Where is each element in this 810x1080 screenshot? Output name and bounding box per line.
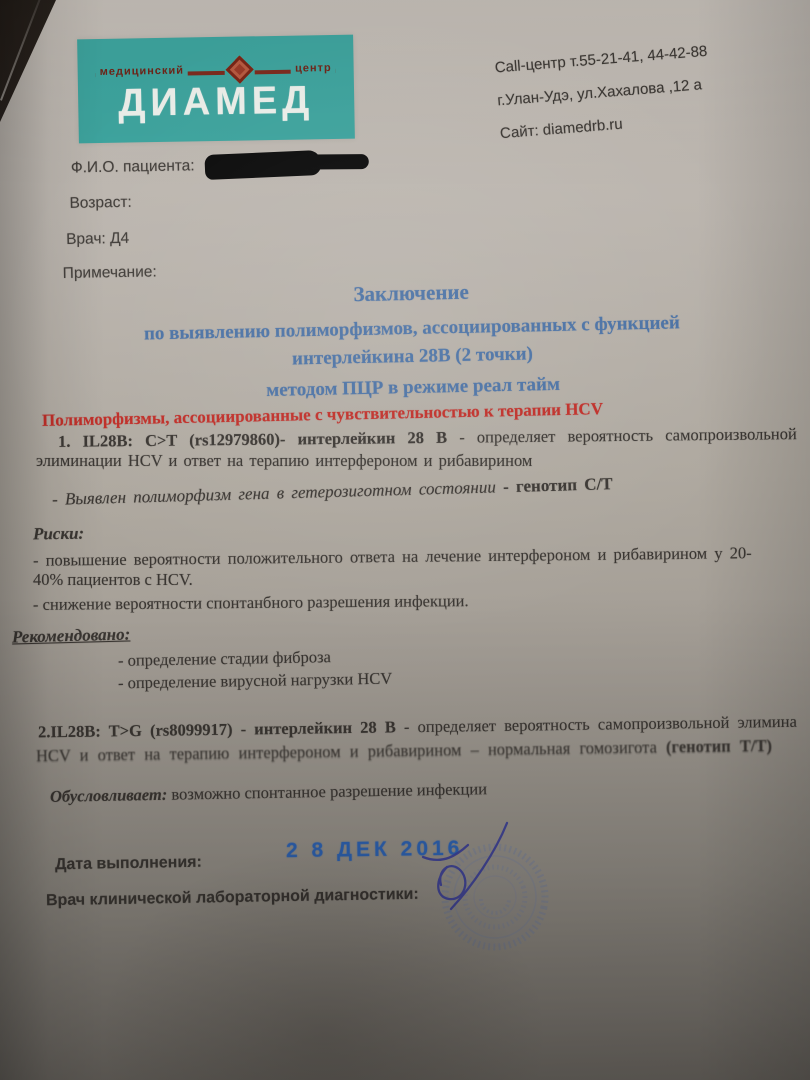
logo-brand-text: ДИАМЕД [78,78,355,127]
round-stamp-and-signature [395,805,655,1025]
redaction-bar [204,150,321,180]
title-line4: методом ПЦР в режиме реал тайм [48,369,778,406]
doctor-signature-label: Врач клинической лабораторной диагностик… [46,886,419,911]
patient-fio-line: Ф.И.О. пациента: [71,151,321,180]
item1-gene-bold: 1. IL28B: C>T (rs12979860)- интерлейкин … [58,428,447,451]
risks-bullet2: - снижение вероятности спонтанбного разр… [33,590,469,616]
causes-text: возможно спонтанное разрешение инфекции [167,779,487,804]
item1-line1-rest: - определяет вероятность самопроизвольно… [447,424,797,447]
patient-note-label: Примечание: [63,263,157,283]
risks-bullet1-line2: 40% пациентов с HCV. [33,569,193,591]
finding-genotype: генотип С/Т [516,474,613,496]
document-photo: медицинский центр ДИАМЕД Call-центр т.55… [0,0,810,1080]
item2-gene-bold: 2.IL28B: T>G (rs8099917) - интерлейкин 2… [38,717,396,741]
paper-sheet: медицинский центр ДИАМЕД Call-центр т.55… [0,0,810,1080]
recommended-bullet1: - определение стадии фиброза [118,646,331,672]
risks-label: Риски: [33,523,84,546]
recommended-label: Рекомендовано: [12,623,131,648]
diamond-icon-wrap [224,59,254,80]
causes-label: Обусловливает: [50,785,168,806]
item2-line1-rest: - определяет вероятность самопроизвольно… [396,712,797,737]
item2-genotype: (генотип Т/Т) [666,736,772,756]
finding-separator: - [496,477,517,497]
finding-italic-text: - Выявлен полиморфизм гена в гетерозигот… [52,477,496,508]
risks-bullet1-line1: - повышение вероятности положительного о… [33,542,752,572]
patient-info-block: Ф.И.О. пациента: Возраст: Врач: Д4 Приме… [0,0,810,7]
patient-age-label: Возраст: [69,194,132,213]
patient-doctor-label: Врач: Д4 [66,230,129,249]
recommended-bullet2: - определение вирусной нагрузки HCV [118,668,393,695]
item1-finding-line: - Выявлен полиморфизм гена в гетерозигот… [52,473,613,511]
clinic-contacts: Call-центр т.55-21-41, 44-42-88 г.Улан-У… [494,29,791,150]
logo-tagline-left: медицинский [96,64,189,78]
item1-line2: элиминации HCV и ответ на терапию интерф… [36,450,532,472]
date-label: Дата выполнения: [55,854,202,875]
clinic-logo: медицинский центр ДИАМЕД [77,35,355,144]
item2-causes-line: Обусловливает: возможно спонтанное разре… [50,778,487,808]
patient-fio-label: Ф.И.О. пациента: [71,157,195,176]
report-title-block: Заключение по выявлению полиморфизмов, а… [40,0,770,8]
logo-tagline-right: центр [291,62,336,75]
